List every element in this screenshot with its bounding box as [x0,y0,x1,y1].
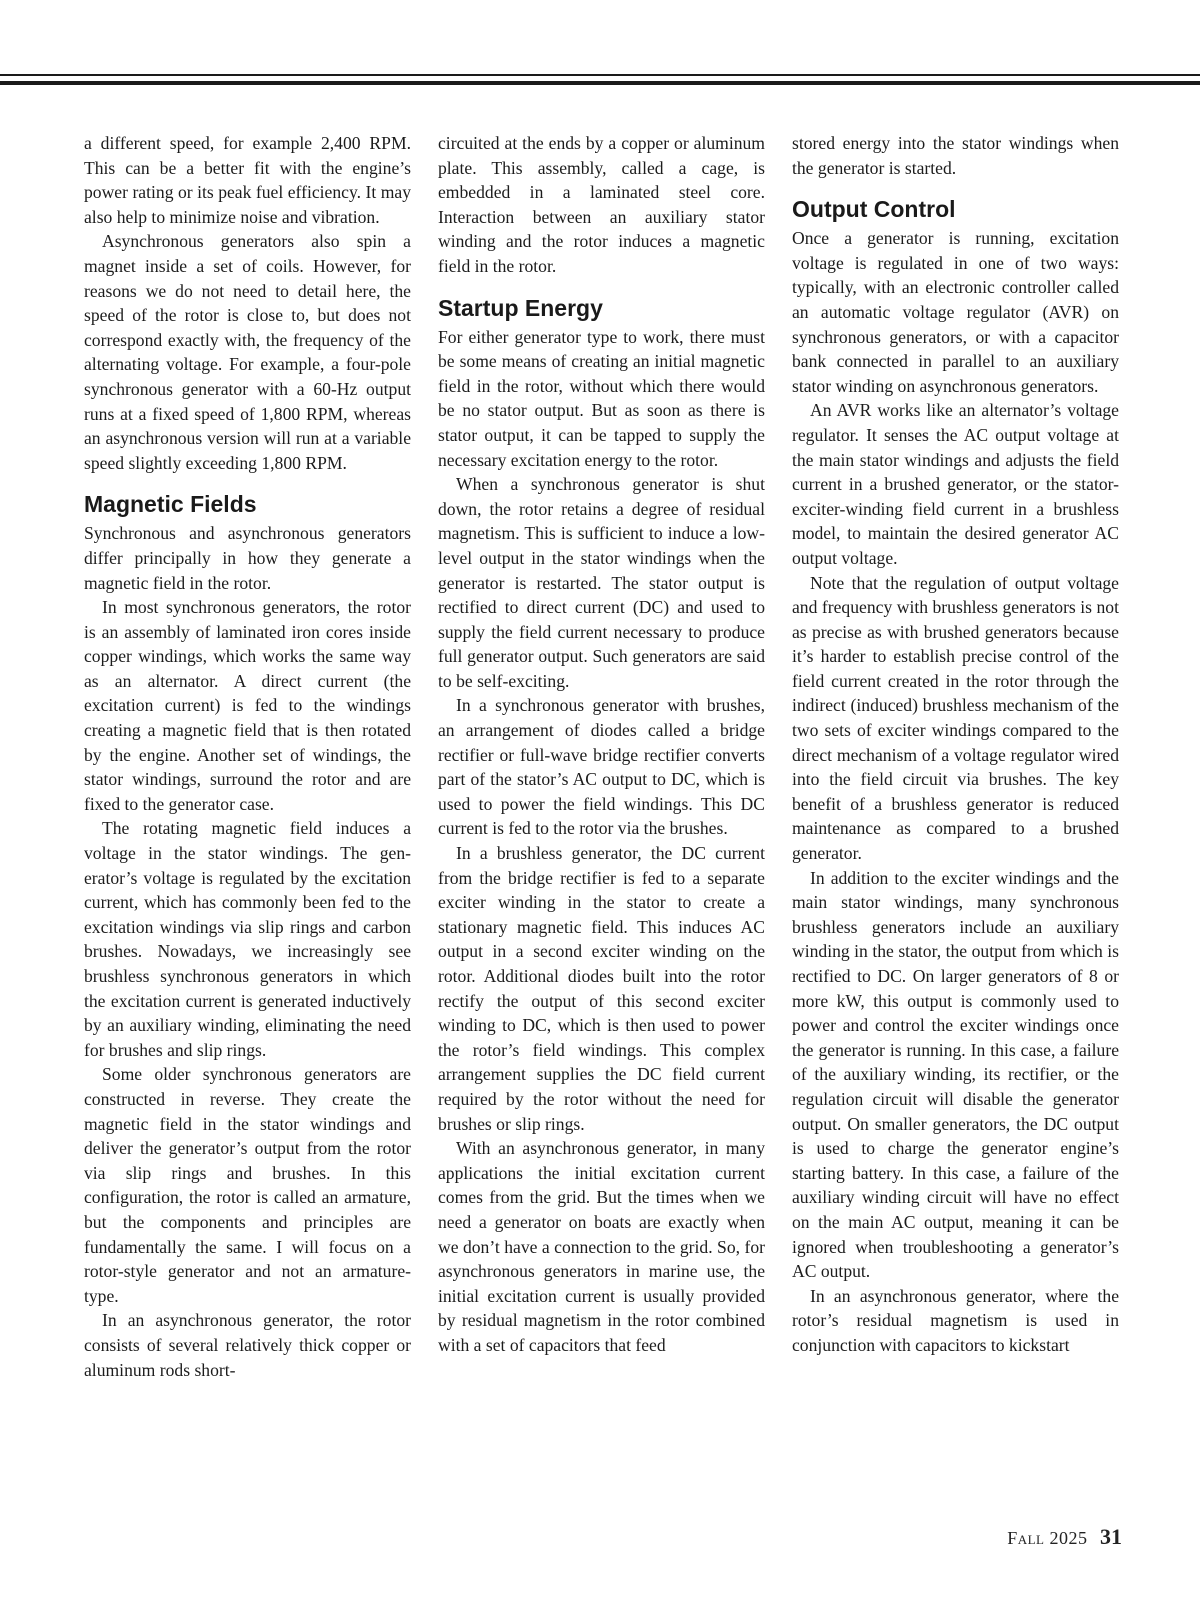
article-column-1: a different speed, for example 2,400 RPM… [84,131,411,1382]
page-footer: Fall 2025 31 [1007,1524,1122,1550]
header-rule-thick [0,81,1200,85]
header-rule-thin [0,74,1200,76]
issue-season: Fall 2025 [1007,1528,1087,1548]
body-paragraph: Asynchronous generators also spin a magn… [84,229,411,475]
body-paragraph: Synchronous and asynchronous genera­tors… [84,521,411,595]
body-paragraph: In a synchronous generator with brushes,… [438,693,765,841]
body-paragraph: circuited at the ends by a copper or alu… [438,131,765,279]
article-column-2: circuited at the ends by a copper or alu… [438,131,765,1358]
body-paragraph: With an asynchronous generator, in many … [438,1136,765,1357]
body-paragraph: Once a generator is running, excitation … [792,226,1119,398]
section-heading: Startup Energy [438,293,765,323]
section-heading: Output Control [792,194,1119,224]
page-number: 31 [1100,1524,1122,1549]
body-paragraph: In addition to the exciter windings and … [792,866,1119,1284]
body-paragraph: In an asynchronous generator, the rotor … [84,1308,411,1382]
body-paragraph: Some older synchronous generators are co… [84,1062,411,1308]
body-paragraph: An AVR works like an alternator’s voltag… [792,398,1119,570]
body-paragraph: The rotating magnetic field induces a vo… [84,816,411,1062]
body-paragraph: In most synchronous generators, the roto… [84,595,411,816]
body-paragraph: In a brushless generator, the DC cur­ren… [438,841,765,1136]
body-paragraph: a different speed, for example 2,400 RPM… [84,131,411,229]
section-heading: Magnetic Fields [84,489,411,519]
body-paragraph: In an asynchronous generator, where the … [792,1284,1119,1358]
body-paragraph: When a synchronous generator is shut dow… [438,472,765,693]
body-paragraph: Note that the regulation of output volta… [792,571,1119,866]
body-paragraph: For either generator type to work, there… [438,325,765,473]
article-column-3: stored energy into the stator windings w… [792,131,1119,1358]
body-paragraph: stored energy into the stator windings w… [792,131,1119,180]
